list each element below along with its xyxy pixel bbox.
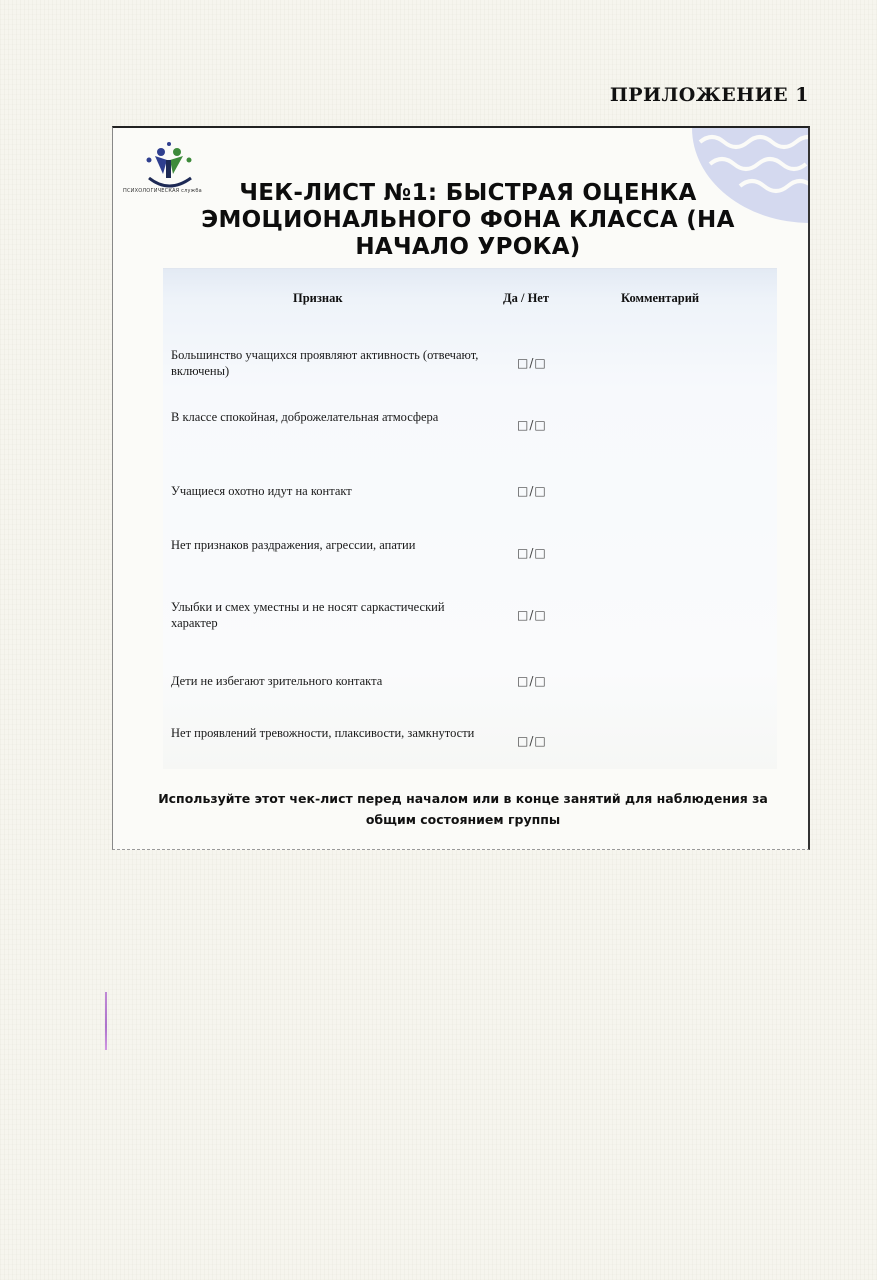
yes-no-checkbox[interactable]: □/□ bbox=[517, 607, 547, 623]
table-row: В классе спокойная, доброжелательная атм… bbox=[171, 409, 771, 449]
yes-no-checkbox[interactable]: □/□ bbox=[517, 417, 547, 433]
table-row: Улыбки и смех уместны и не носят саркаст… bbox=[171, 599, 771, 639]
column-header-sign: Признак bbox=[293, 291, 343, 306]
row-sign-label: Большинство учащихся проявляют активност… bbox=[171, 347, 491, 379]
row-sign-label: Учащиеся охотно идут на контакт bbox=[171, 483, 491, 499]
table-row: Учащиеся охотно идут на контакт □/□ bbox=[171, 483, 771, 523]
column-header-comment: Комментарий bbox=[621, 291, 699, 306]
yes-no-checkbox[interactable]: □/□ bbox=[517, 545, 547, 561]
table-row: Большинство учащихся проявляют активност… bbox=[171, 347, 771, 387]
logo-caption: ПСИХОЛОГИЧЕСКАЯ служба bbox=[123, 188, 202, 194]
row-sign-label: Нет проявлений тревожности, плаксивости,… bbox=[171, 725, 491, 741]
table-row: Дети не избегают зрительного контакта □/… bbox=[171, 673, 771, 713]
pen-mark bbox=[105, 992, 107, 1050]
yes-no-checkbox[interactable]: □/□ bbox=[517, 483, 547, 499]
yes-no-checkbox[interactable]: □/□ bbox=[517, 355, 547, 371]
appendix-label: ПРИЛОЖЕНИЕ 1 bbox=[610, 84, 809, 106]
usage-note: Используйте этот чек-лист перед началом … bbox=[153, 788, 773, 830]
checklist-sheet: ПСИХОЛОГИЧЕСКАЯ служба ЧЕК-ЛИСТ №1: БЫСТ… bbox=[112, 126, 810, 850]
row-sign-label: Дети не избегают зрительного контакта bbox=[171, 673, 491, 689]
checklist-table: Признак Да / Нет Комментарий Большинство… bbox=[163, 268, 777, 769]
table-header: Признак Да / Нет Комментарий bbox=[163, 291, 777, 311]
row-sign-label: В классе спокойная, доброжелательная атм… bbox=[171, 409, 491, 425]
column-header-yes-no: Да / Нет bbox=[503, 291, 549, 306]
checklist-title: ЧЕК-ЛИСТ №1: БЫСТРАЯ ОЦЕНКА ЭМОЦИОНАЛЬНО… bbox=[193, 180, 743, 261]
yes-no-checkbox[interactable]: □/□ bbox=[517, 673, 547, 689]
row-sign-label: Нет признаков раздражения, агрессии, апа… bbox=[171, 537, 491, 553]
table-row: Нет проявлений тревожности, плаксивости,… bbox=[171, 725, 771, 765]
table-row: Нет признаков раздражения, агрессии, апа… bbox=[171, 537, 771, 577]
row-sign-label: Улыбки и смех уместны и не носят саркаст… bbox=[171, 599, 491, 631]
yes-no-checkbox[interactable]: □/□ bbox=[517, 733, 547, 749]
